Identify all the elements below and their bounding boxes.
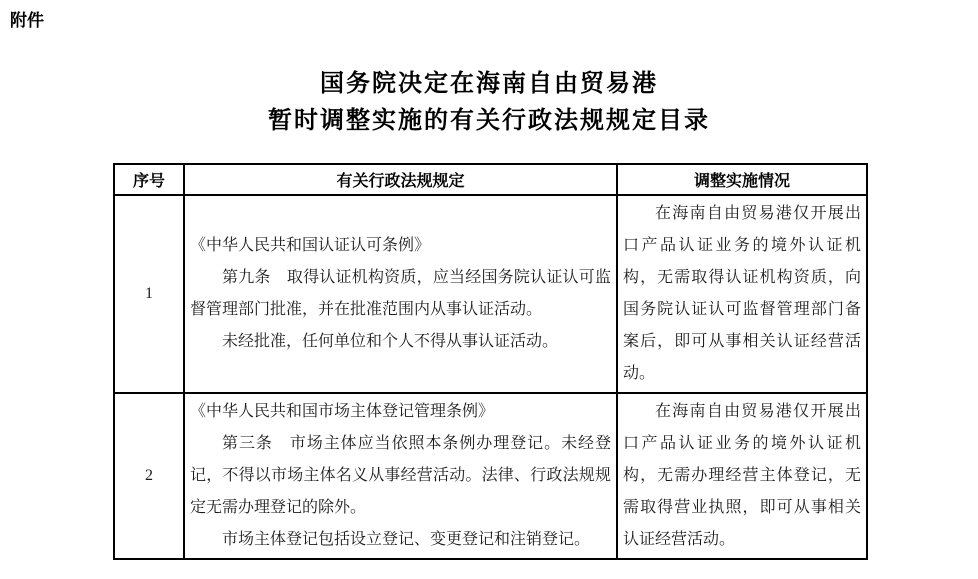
paragraph: 未经批准，任何单位和个人不得从事认证活动。 — [190, 326, 611, 358]
regulations-table: 序号 有关行政法规规定 调整实施情况 1《中华人民共和国认证认可条例》第九条 取… — [113, 163, 868, 560]
header-regulation: 有关行政法规规定 — [184, 164, 617, 195]
document-title-line1: 国务院决定在海南自由贸易港 — [0, 66, 978, 103]
paragraph: 《中华人民共和国市场主体登记管理条例》 — [190, 396, 611, 428]
paragraph: 《中华人民共和国认证认可条例》 — [190, 230, 611, 262]
table-row: 2《中华人民共和国市场主体登记管理条例》第三条 市场主体应当依照本条例办理登记。… — [114, 393, 867, 559]
table-row: 1《中华人民共和国认证认可条例》第九条 取得认证机构资质，应当经国务院认证认可监… — [114, 195, 867, 393]
document-title-line2: 暂时调整实施的有关行政法规规定目录 — [0, 103, 978, 140]
table-body: 1《中华人民共和国认证认可条例》第九条 取得认证机构资质，应当经国务院认证认可监… — [114, 195, 867, 559]
row-number-cell: 2 — [114, 393, 184, 559]
document-title: 国务院决定在海南自由贸易港 暂时调整实施的有关行政法规规定目录 — [0, 66, 978, 140]
adjustment-cell: 在海南自由贸易港仅开展出口产品认证业务的境外认证机构，无需办理经营主体登记，无需… — [617, 393, 867, 559]
paragraph: 在海南自由贸易港仅开展出口产品认证业务的境外认证机构，无需取得认证机构资质，向国… — [623, 198, 861, 390]
row-number-cell: 1 — [114, 195, 184, 393]
attachment-label: 附件 — [10, 6, 44, 31]
regulation-cell: 《中华人民共和国市场主体登记管理条例》第三条 市场主体应当依照本条例办理登记。未… — [184, 393, 617, 559]
paragraph: 第九条 取得认证机构资质，应当经国务院认证认可监督管理部门批准，并在批准范围内从… — [190, 262, 611, 326]
adjustment-cell: 在海南自由贸易港仅开展出口产品认证业务的境外认证机构，无需取得认证机构资质，向国… — [617, 195, 867, 393]
table-header-row: 序号 有关行政法规规定 调整实施情况 — [114, 164, 867, 195]
header-number: 序号 — [114, 164, 184, 195]
paragraph: 市场主体登记包括设立登记、变更登记和注销登记。 — [190, 524, 611, 556]
document-page: 附件 国务院决定在海南自由贸易港 暂时调整实施的有关行政法规规定目录 序号 有关… — [0, 0, 978, 579]
paragraph: 第三条 市场主体应当依照本条例办理登记。未经登记，不得以市场主体名义从事经营活动… — [190, 428, 611, 524]
regulation-cell: 《中华人民共和国认证认可条例》第九条 取得认证机构资质，应当经国务院认证认可监督… — [184, 195, 617, 393]
header-adjustment: 调整实施情况 — [617, 164, 867, 195]
paragraph: 在海南自由贸易港仅开展出口产品认证业务的境外认证机构，无需办理经营主体登记，无需… — [623, 396, 861, 556]
